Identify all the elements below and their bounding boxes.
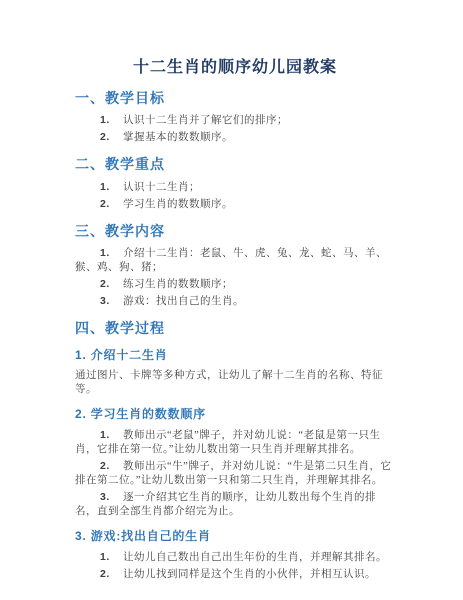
section-heading-objectives: 一、教学目标 [75,90,395,108]
list-text: 掌握基本的数数顺序。 [123,132,233,143]
list-text: 认识十二生肖； [123,182,200,193]
list-item: 1.介绍十二生肖：老鼠、牛、虎、兔、龙、蛇、马、羊、猴、鸡、狗、猪； [75,246,395,275]
list-item: 1.认识十二生肖； [75,180,395,195]
subsection-heading-introduce-zodiac: 1. 介绍十二生肖 [75,348,395,363]
list-number: 1. [100,428,123,442]
list-number: 2. [100,567,123,581]
list-item: 3.游戏：找出自己的生肖。 [75,294,395,309]
list-text: 学习生肖的数数顺序。 [123,199,233,210]
list-item: 1.认识十二生肖并了解它们的排序； [75,113,395,128]
subsection-heading-learn-counting-order: 2. 学习生肖的数数顺序 [75,407,395,422]
paragraph: 通过图片、卡牌等多种方式，让幼儿了解十二生肖的名称、特征等。 [75,369,395,397]
list-number: 2. [100,130,123,144]
section-heading-process: 四、教学过程 [75,320,395,338]
list-number: 3. [100,294,123,308]
list-item: 2.让幼儿找到同样是这个生肖的小伙伴，并相互认识。 [75,567,395,582]
list-number: 1. [100,180,123,194]
list-item: 2.学习生肖的数数顺序。 [75,197,395,212]
document-title: 十二生肖的顺序幼儿园教案 [75,58,395,79]
list-item: 1.让幼儿自己数出自己出生年份的生肖，并理解其排名。 [75,550,395,565]
list-text: 认识十二生肖并了解它们的排序； [123,115,288,126]
list-number: 1. [100,113,123,127]
list-text: 教师出示“牛”牌子，并对幼儿说：“牛是第二只生肖，它排在第二位。”让幼儿数出第一… [75,461,391,486]
list-item: 2.练习生肖的数数顺序； [75,277,395,292]
subsection-heading-game-find-zodiac: 3. 游戏:找出自己的生肖 [75,529,395,544]
list-item: 1.教师出示“老鼠”牌子，并对幼儿说：“老鼠是第一只生肖，它排在第一位。”让幼儿… [75,428,395,457]
list-text: 让幼儿找到同样是这个生肖的小伙伴，并相互认识。 [123,569,376,580]
list-item: 3.逐一介绍其它生肖的顺序，让幼儿数出每个生肖的排名，直到全部生肖都介绍完为止。 [75,490,395,519]
list-number: 1. [100,550,123,564]
list-item: 2.教师出示“牛”牌子，并对幼儿说：“牛是第二只生肖，它排在第二位。”让幼儿数出… [75,459,395,488]
list-number: 1. [100,246,123,260]
list-item: 2.掌握基本的数数顺序。 [75,130,395,145]
list-number: 2. [100,197,123,211]
list-text: 游戏：找出自己的生肖。 [123,296,244,307]
list-number: 2. [100,277,123,291]
list-text: 练习生肖的数数顺序； [123,279,233,290]
section-heading-content: 三、教学内容 [75,223,395,241]
list-number: 2. [100,459,123,473]
list-text: 让幼儿自己数出自己出生年份的生肖，并理解其排名。 [123,552,387,563]
list-number: 3. [100,490,123,504]
section-heading-key-points: 二、教学重点 [75,156,395,174]
document-page: 十二生肖的顺序幼儿园教案 一、教学目标 1.认识十二生肖并了解它们的排序； 2.… [0,0,463,600]
